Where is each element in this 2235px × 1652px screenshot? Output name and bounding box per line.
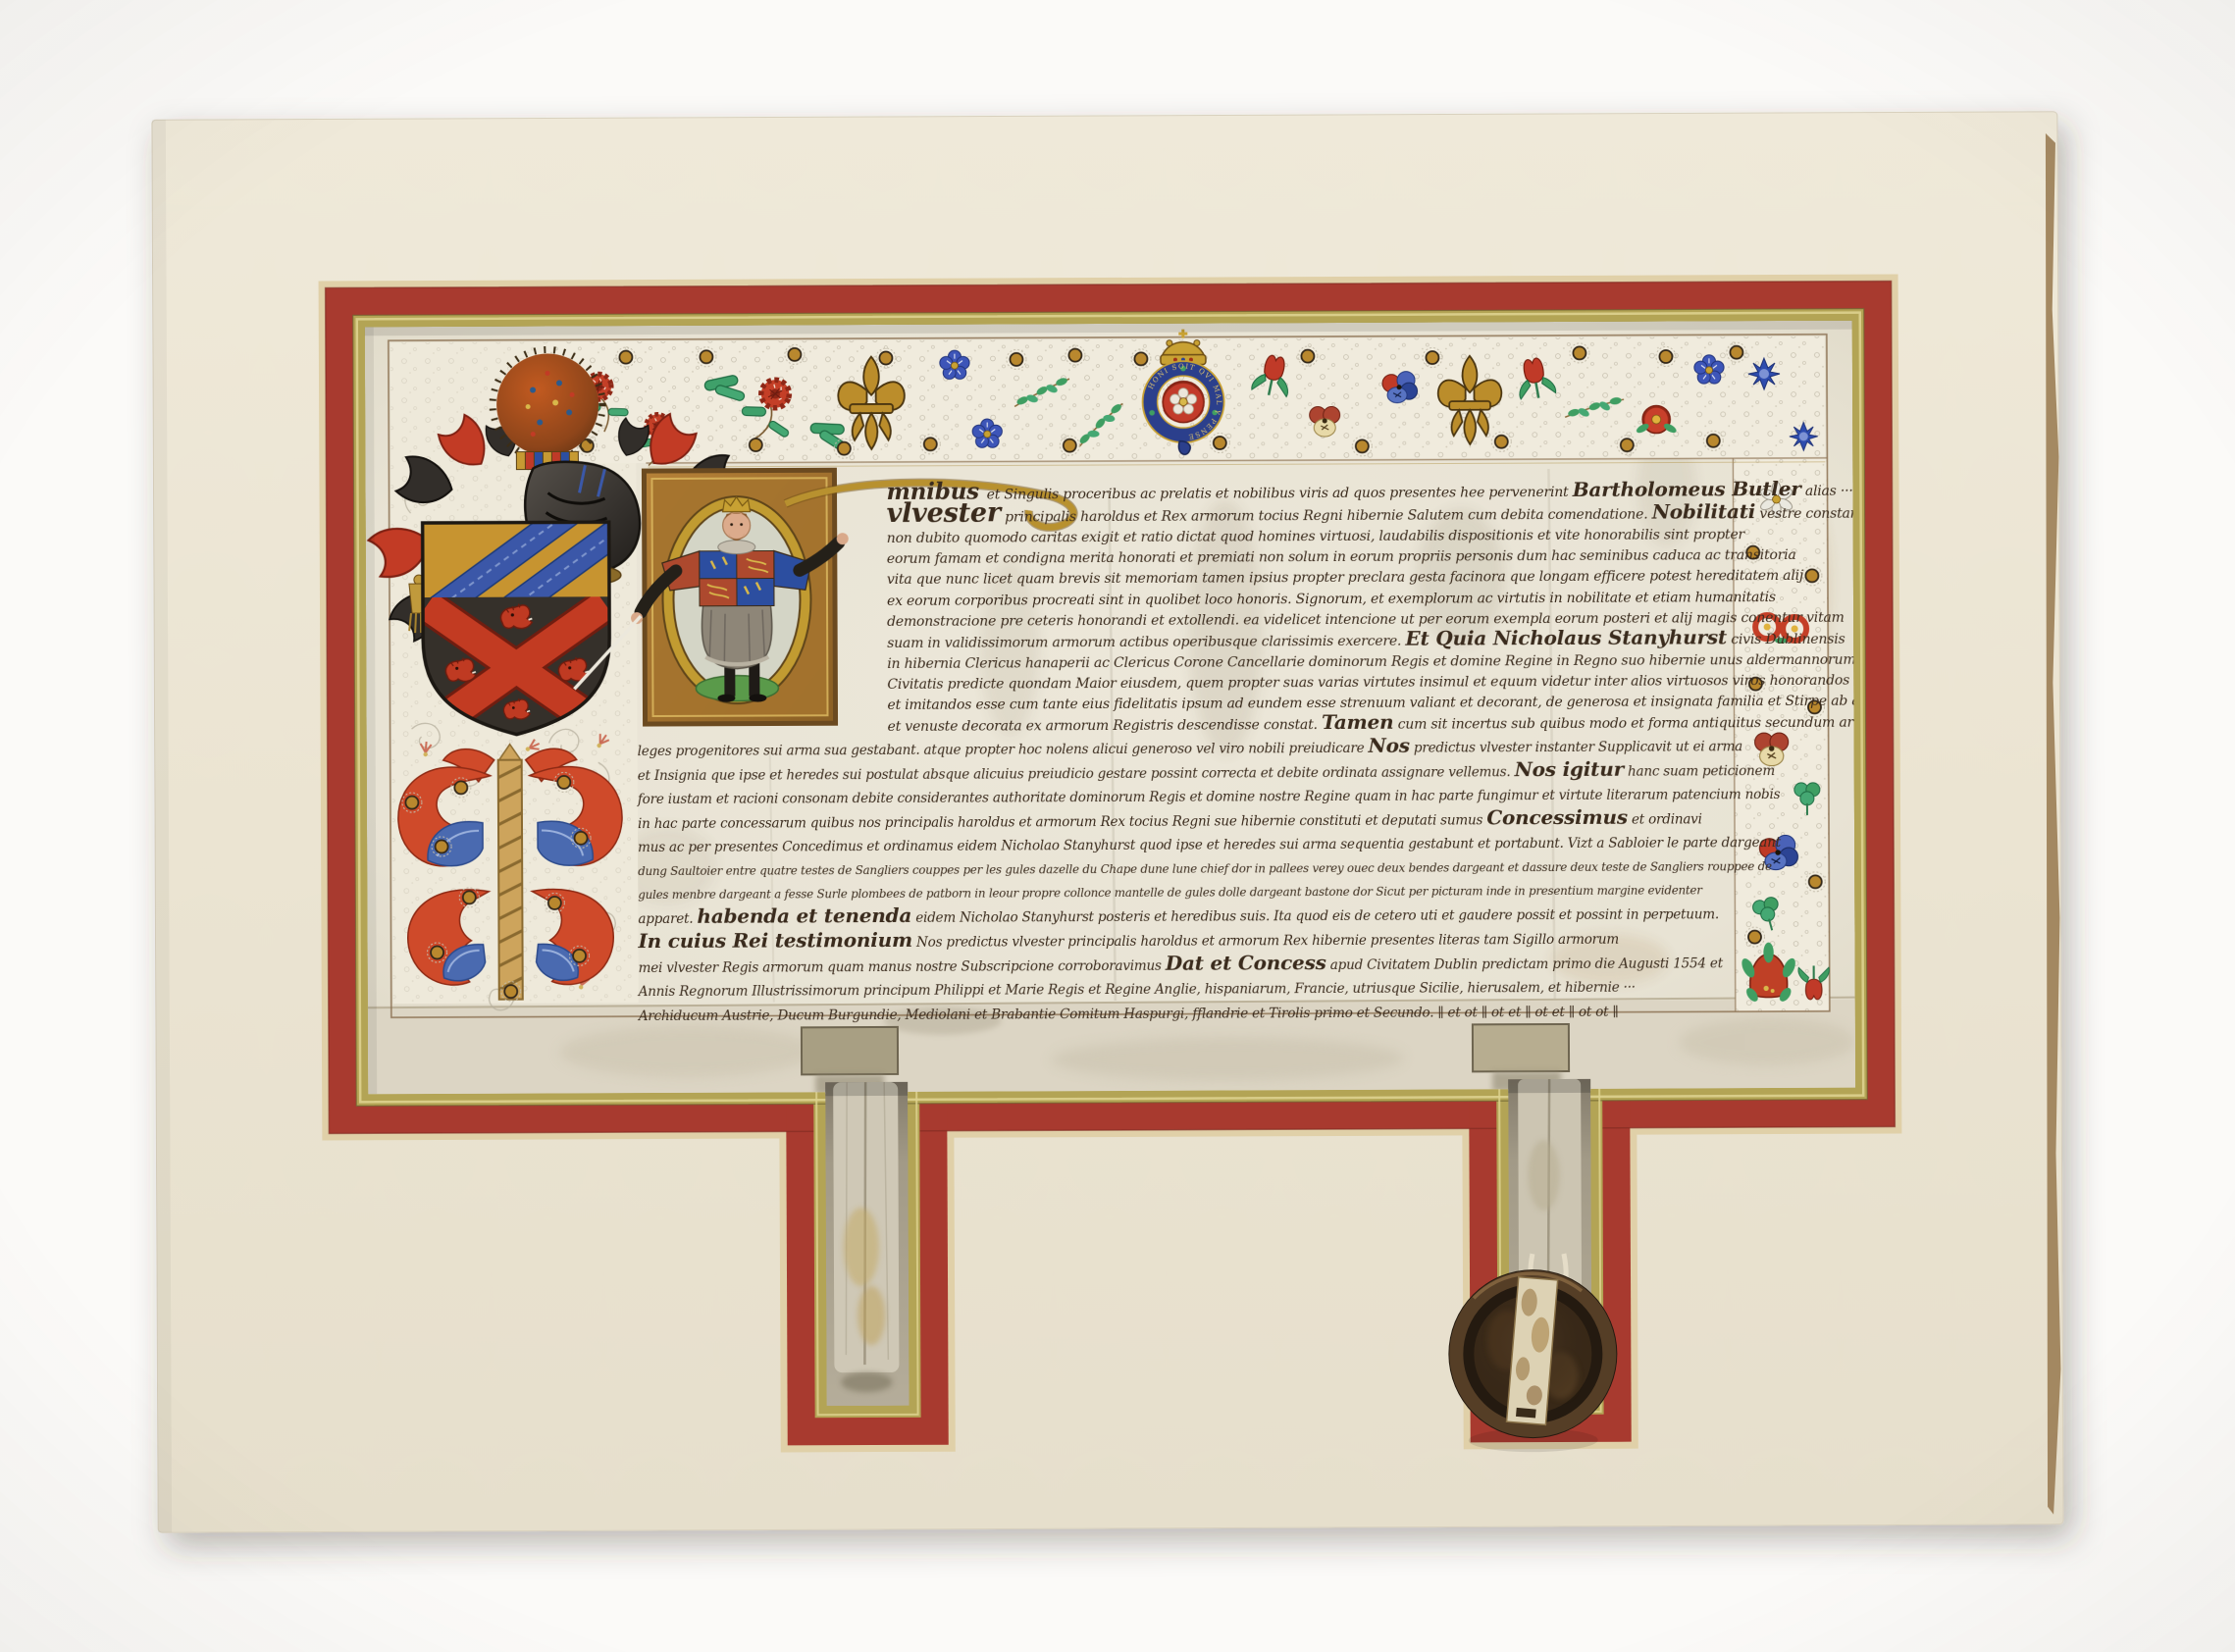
photo-of-matted-manuscript: HONI SOIT QVI MAL Y PENSE [0,0,2235,1652]
scene: HONI SOIT QVI MAL Y PENSE [0,0,2235,1652]
photo-vignette [0,0,2235,1652]
